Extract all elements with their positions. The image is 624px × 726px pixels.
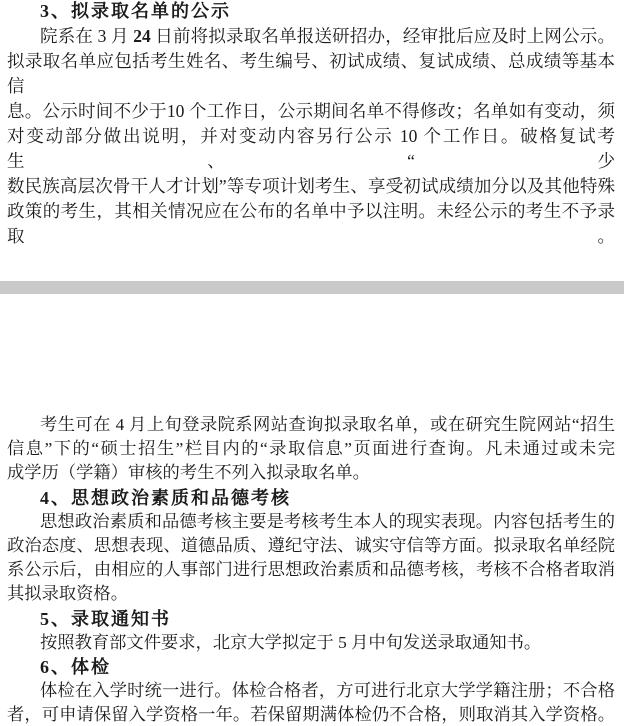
section3-para-seg2: 日前将拟录取名单报送研招办，经审批后应及时上网公示。: [151, 26, 615, 46]
section3-heading: 3、拟录取名单的公示: [7, 0, 615, 24]
section3-paragraph-line-5: 数民族高层次骨干人才计划”等专项计划考生、享受初试成绩加分以及其他特殊: [7, 174, 615, 199]
document-page-2: 考生可在 4 月上旬登录院系网站查询拟录取名单，或在研究生院网站“招生 信息”下…: [0, 294, 624, 726]
section4-heading: 4、思想政治素质和品德考核: [7, 486, 615, 510]
section4-paragraph-line-1: 思想政治素质和品德考核主要是考核考生本人的现实表现。内容包括考生的: [7, 510, 615, 534]
section3-para-seg1: 院系在 3 月: [40, 26, 133, 46]
section3-paragraph-line-2: 拟录取名单应包括考生姓名、考生编号、初试成绩、复试成绩、总成绩等基本信: [7, 49, 615, 99]
section3-paragraph-line-6: 政策的考生，其相关情况应在公布的名单中予以注明。未经公示的考生不予录取。: [7, 199, 615, 249]
section4-paragraph-line-3: 系公示后，由相应的人事部门进行思想政治素质和品德考核，考核不合格者取消: [7, 558, 615, 582]
section5-paragraph-line-1: 按照教育部文件要求，北京大学拟定于 5 月中旬发送录取通知书。: [7, 631, 615, 655]
section6-heading: 6、体检: [7, 655, 615, 679]
section5-heading: 5、录取通知书: [7, 607, 615, 631]
query-paragraph-line-3: 成学历（学籍）审核的考生不列入拟录取名单。: [7, 461, 615, 485]
section3-paragraph-line-3: 息。公示时间不少于10 个工作日，公示期间名单不得修改；名单如有变动，须: [7, 99, 615, 124]
section4-paragraph-line-2: 政治态度、思想表现、道德品质、遵纪守法、诚实守信等方面。拟录取名单经院: [7, 534, 615, 558]
section6-paragraph-line-2: 者，可申请保留入学资格一年。若保留期满体检仍不合格，则取消其入学资格。: [7, 703, 615, 726]
section3-paragraph-line-1: 院系在 3 月 24 日前将拟录取名单报送研招办，经审批后应及时上网公示。: [7, 24, 615, 49]
page-gap-separator: [0, 281, 624, 294]
page-1-text-block: 3、拟录取名单的公示 院系在 3 月 24 日前将拟录取名单报送研招办，经审批后…: [7, 0, 615, 249]
section6-paragraph-line-1: 体检在入学时统一进行。体检合格者，方可进行北京大学学籍注册；不合格: [7, 679, 615, 703]
section3-paragraph-line-4: 对变动部分做出说明，并对变动内容另行公示 10 个工作日。破格复试考生、“少: [7, 124, 615, 174]
section3-para-bold-day: 24: [133, 26, 151, 46]
query-paragraph-line-2: 信息”下的“硕士招生”栏目内的“录取信息”页面进行查询。凡未通过或未完: [7, 437, 615, 461]
section4-paragraph-line-4: 其拟录取资格。: [7, 582, 615, 606]
page-2-text-block: 考生可在 4 月上旬登录院系网站查询拟录取名单，或在研究生院网站“招生 信息”下…: [7, 413, 615, 726]
document-page-1: 3、拟录取名单的公示 院系在 3 月 24 日前将拟录取名单报送研招办，经审批后…: [0, 0, 624, 281]
query-paragraph-line-1: 考生可在 4 月上旬登录院系网站查询拟录取名单，或在研究生院网站“招生: [7, 413, 615, 437]
document-viewport: { "colors": { "page_background": "#fffff…: [0, 0, 624, 726]
